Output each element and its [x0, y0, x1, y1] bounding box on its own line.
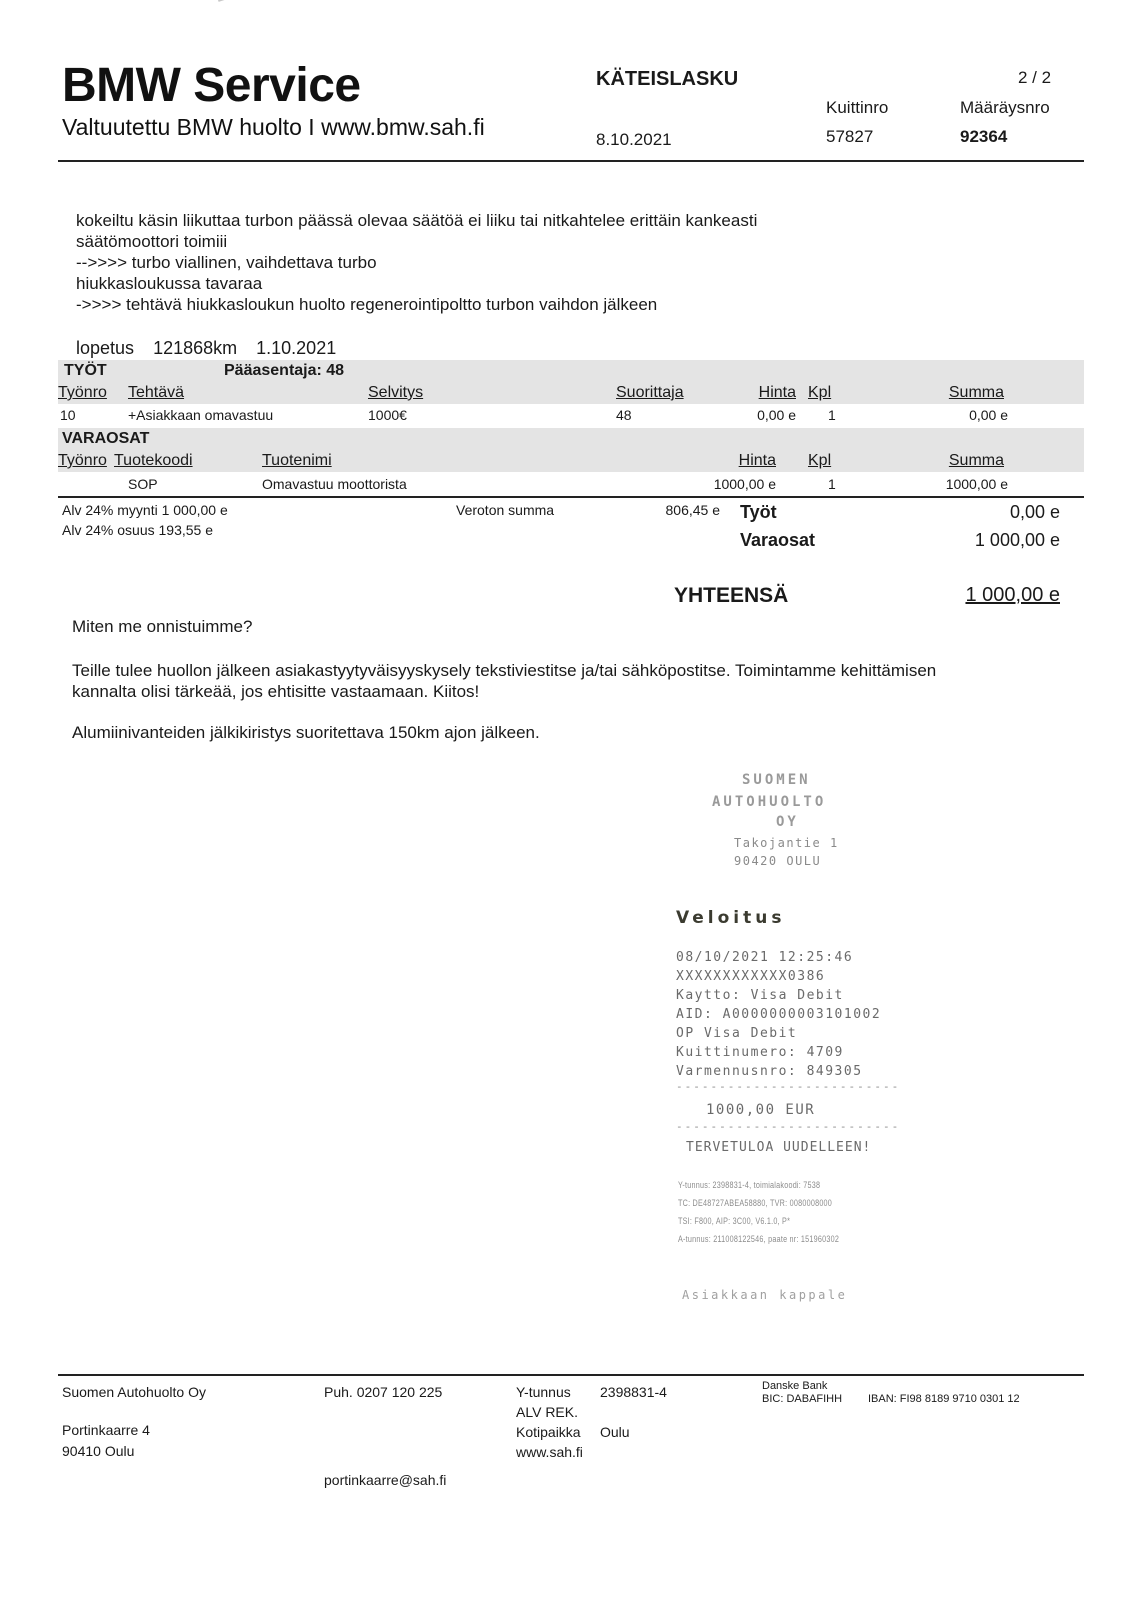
footer-business-id: 2398831-4 [600, 1384, 667, 1400]
labor-qty: 1 [828, 407, 836, 423]
receipt-number: Kuittinumero: 4709 [676, 1045, 844, 1060]
receipt-aid: AID: A0000000003101002 [676, 1007, 881, 1022]
parts-code: SOP [128, 476, 158, 492]
parts-col-code: Tuotekoodi [114, 452, 193, 470]
finish-mileage: 121868km [153, 338, 237, 358]
receipt-verification: Varmennusnro: 849305 [676, 1064, 863, 1079]
receipt-divider: -------------------------- [676, 1120, 900, 1133]
survey-line-2: kannalta olisi tärkeää, jos ehtisitte va… [72, 681, 479, 702]
labor-job-no: 10 [60, 407, 76, 423]
labor-col-price: Hinta [720, 384, 796, 402]
parts-price: 1000,00 e [680, 476, 776, 492]
note-line: kokeiltu käsin liikuttaa turbon päässä o… [76, 210, 757, 231]
order-no: 92364 [960, 127, 1007, 147]
receipt-tech-line: TSI: F800, AIP: 3C00, V6.1.0, P* [678, 1216, 790, 1226]
labor-total-label: Työt [740, 502, 777, 523]
receipt-no-label: Kuittinro [826, 98, 888, 118]
order-no-label: Määräysnro [960, 98, 1050, 118]
labor-col-performer: Suorittaja [616, 384, 684, 402]
parts-col-qty: Kpl [808, 452, 831, 470]
footer-bic: BIC: DABAFIHH [762, 1393, 842, 1405]
receipt-address: Takojantie 1 [734, 836, 839, 850]
receipt-card-type: OP Visa Debit [676, 1026, 797, 1041]
parts-total-value: 1 000,00 e [900, 530, 1060, 551]
note-line: -->>>> turbo viallinen, vaihdettava turb… [76, 252, 757, 273]
labor-explanation: 1000€ [368, 407, 407, 423]
parts-qty: 1 [828, 476, 836, 492]
brand-title: BMW Service [62, 58, 361, 113]
footer-postal: 90410 Oulu [62, 1443, 134, 1459]
labor-col-job-no: Työnro [58, 384, 107, 402]
labor-col-sum: Summa [900, 384, 1004, 402]
document-type: KÄTEISLASKU [596, 68, 738, 91]
receipt-merchant-line-3: OY [776, 814, 799, 830]
parts-col-sum: Summa [900, 452, 1004, 470]
net-total-label: Veroton summa [456, 502, 554, 518]
invoice-date: 8.10.2021 [596, 130, 672, 150]
receipt-datetime: 08/10/2021 12:25:46 [676, 950, 853, 965]
wheel-retorque-notice: Alumiinivanteiden jälkikiristys suoritet… [72, 722, 540, 743]
footer-divider [58, 1374, 1084, 1376]
footer-bank: Danske Bank [762, 1380, 827, 1392]
receipt-tech-line: TC: DE48727ABEA58880, TVR: 0080008000 [678, 1198, 832, 1208]
survey-line-1: Teille tulee huollon jälkeen asiakastyyt… [72, 660, 936, 681]
note-line: säätömoottori toimiii [76, 231, 757, 252]
page-number: 2 / 2 [1018, 68, 1051, 88]
header-divider [58, 160, 1084, 162]
footer-website: www.sah.fi [516, 1444, 583, 1460]
receipt-usage: Kaytto: Visa Debit [676, 988, 844, 1003]
parts-sum: 1000,00 e [900, 476, 1008, 492]
grand-total-value: 1 000,00 e [900, 584, 1060, 607]
footer-phone: Puh. 0207 120 225 [324, 1384, 442, 1400]
footer-domicile-label: Kotipaikka [516, 1424, 581, 1440]
footer-iban: IBAN: FI98 8189 9710 0301 12 [868, 1393, 1020, 1405]
labor-col-explanation: Selvitys [368, 384, 423, 402]
labor-price: 0,00 e [700, 407, 796, 423]
receipt-greeting: TERVETULOA UUDELLEEN! [686, 1140, 871, 1155]
receipt-copy-label: Asiakkaan kappale [682, 1288, 847, 1302]
footer-company: Suomen Autohuolto Oy [62, 1384, 206, 1400]
parts-total-label: Varaosat [740, 530, 815, 551]
main-mechanic: Pääasentaja: 48 [224, 362, 344, 380]
labor-section-title: TYÖT [64, 362, 107, 380]
finish-date: 1.10.2021 [256, 338, 336, 358]
vat-share: Alv 24% osuus 193,55 e [62, 522, 213, 538]
vat-sales: Alv 24% myynti 1 000,00 e [62, 502, 228, 518]
footer-street: Portinkaarre 4 [62, 1422, 150, 1438]
footer-domicile: Oulu [600, 1424, 630, 1440]
labor-col-task: Tehtävä [128, 384, 184, 402]
labor-performer: 48 [616, 407, 632, 423]
brand-tagline: Valtuutettu BMW huolto I www.bmw.sah.fi [62, 114, 485, 141]
footer-business-id-label: Y-tunnus [516, 1384, 571, 1400]
grand-total-label: YHTEENSÄ [674, 584, 788, 608]
footer-email: portinkaarre@sah.fi [324, 1472, 446, 1488]
receipt-divider: -------------------------- [676, 1080, 900, 1093]
receipt-amount: 1000,00 EUR [706, 1102, 815, 1118]
net-total-value: 806,45 e [620, 502, 720, 518]
receipt-merchant-line-2: AUTOHUOLTO [712, 794, 826, 810]
work-notes: kokeiltu käsin liikuttaa turbon päässä o… [76, 210, 757, 315]
receipt-city: 90420 OULU [734, 854, 821, 868]
labor-col-qty: Kpl [808, 384, 831, 402]
parts-col-job-no: Työnro [58, 452, 107, 470]
receipt-title: Veloitus [676, 908, 785, 928]
parts-col-price: Hinta [700, 452, 776, 470]
receipt-tech-line: A-tunnus: 211008122546, paate nr: 151960… [678, 1234, 839, 1244]
feedback-question: Miten me onnistuimme? [72, 616, 252, 637]
labor-task: +Asiakkaan omavastuu [128, 407, 273, 423]
labor-total-value: 0,00 e [900, 502, 1060, 523]
parts-section-title: VARAOSAT [62, 430, 149, 448]
parts-name: Omavastuu moottorista [262, 476, 407, 492]
receipt-tech-line: Y-tunnus: 2398831-4, toimialakoodi: 7538 [678, 1180, 820, 1190]
receipt-merchant-line-1: SUOMEN [742, 772, 811, 788]
labor-sum: 0,00 e [900, 407, 1008, 423]
finish-info: lopetus 121868km 1.10.2021 [76, 338, 350, 359]
note-line: hiukkasloukussa tavaraa [76, 273, 757, 294]
finish-label: lopetus [76, 338, 134, 358]
receipt-no: 57827 [826, 127, 873, 147]
note-line: ->>>> tehtävä hiukkasloukun huolto regen… [76, 294, 757, 315]
scan-artifact [218, 0, 261, 15]
receipt-card-number: XXXXXXXXXXXX0386 [676, 969, 825, 984]
footer-vat-reg: ALV REK. [516, 1404, 578, 1420]
parts-col-name: Tuotenimi [262, 452, 332, 470]
table-divider [58, 496, 1084, 498]
